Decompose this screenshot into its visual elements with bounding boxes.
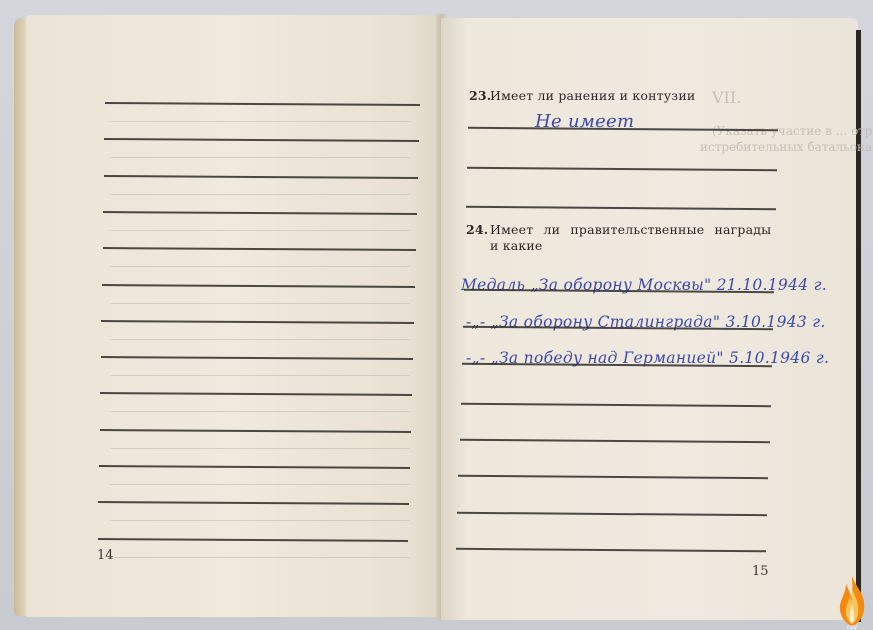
page-edge-shadow [856,30,861,622]
question-23-label: Имеет ли ранения и контузии [490,88,695,104]
right-page-number: 15 [752,564,769,579]
bleed-through-heading: VII. [712,88,741,107]
watermark-label: сру [847,624,858,630]
bleed-through-line [110,230,410,231]
bleed-through-line [110,194,410,195]
question-24-number: 24. [466,222,488,238]
bleed-through-line [110,121,410,122]
bleed-through-line [110,157,410,158]
bleed-through-line: истребительных батальонах и т. д. [700,140,873,154]
bleed-through-line [110,411,410,412]
bleed-through-line [110,520,410,521]
bleed-through-line [110,266,410,267]
bleed-through-line: (Указать участие в ... отрядах [712,124,873,138]
question-24-label: Имеет ли правительственные награды [490,222,771,238]
bleed-through-line [110,484,410,485]
bleed-through-line [110,303,410,304]
flame-icon: сру [832,574,872,630]
bleed-through-line [110,448,410,449]
bleed-through-line [110,557,410,558]
bleed-through-line [110,339,410,340]
question-24-label-cont: и какие [490,238,543,254]
left-page-number: 14 [97,548,114,563]
bleed-through-line [110,375,410,376]
question-23-number: 23. [469,88,491,104]
